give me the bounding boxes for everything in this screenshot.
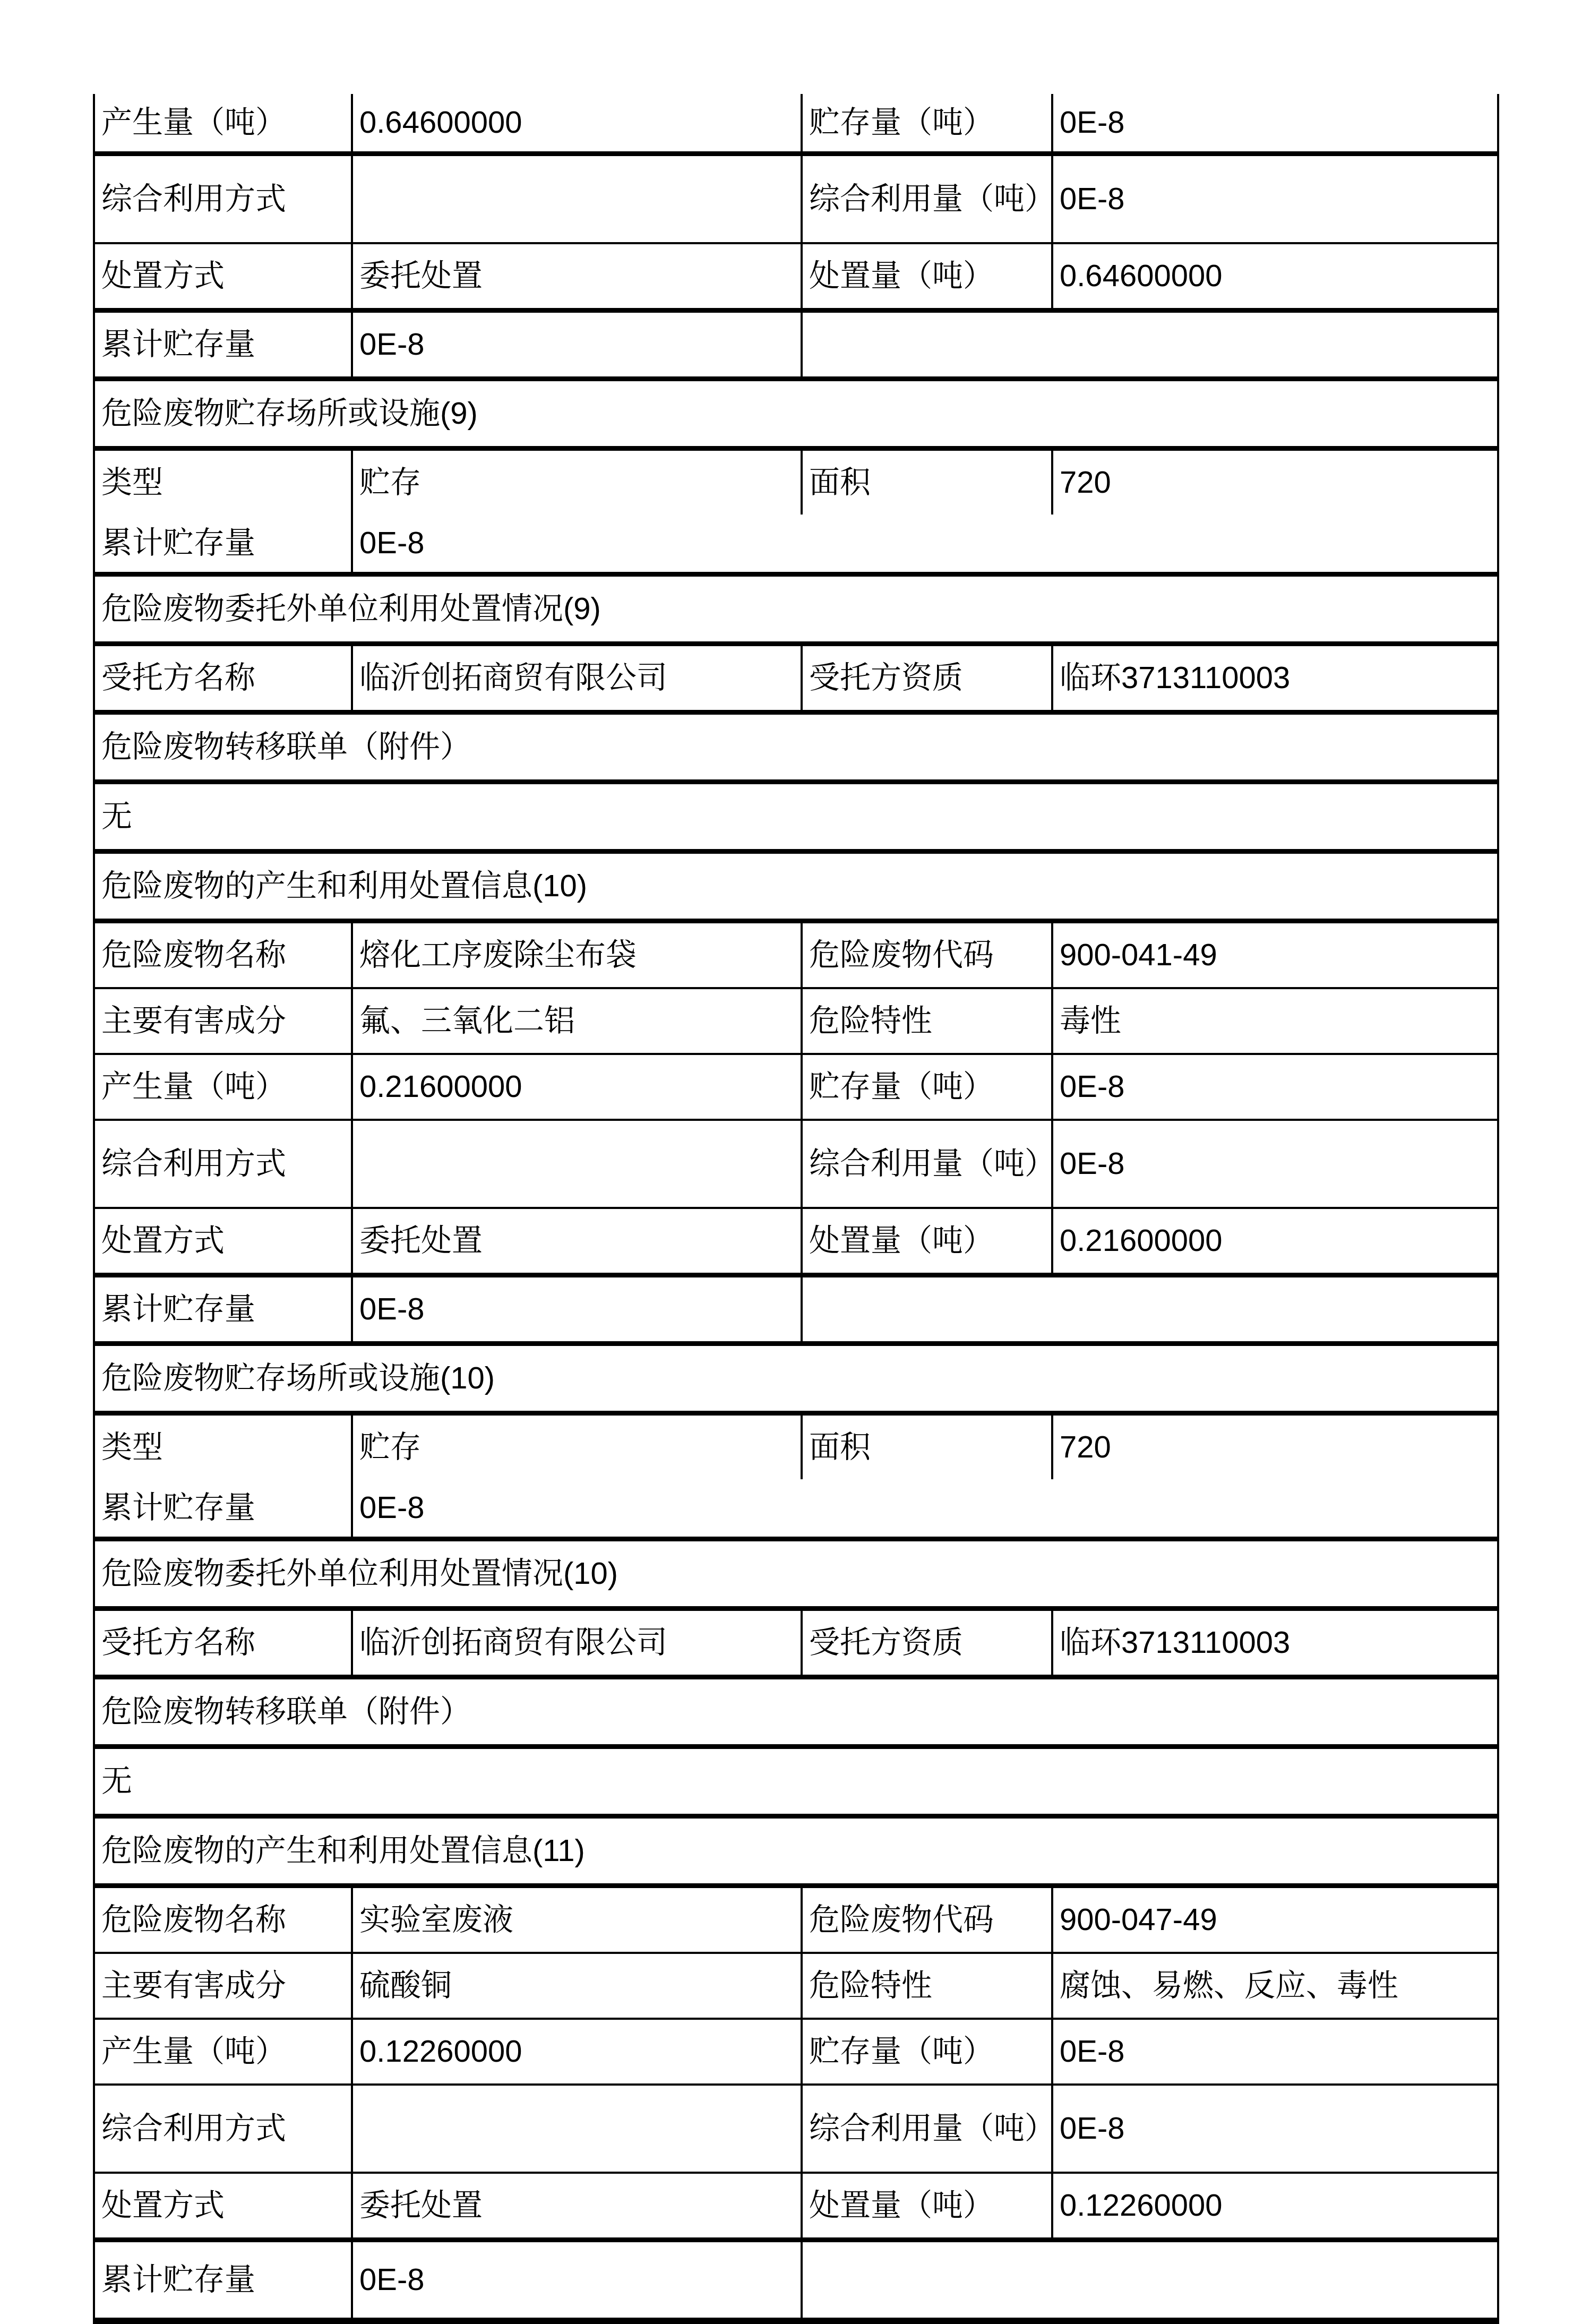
table-row-section: 危险废物委托外单位利用处置情况(9) (94, 574, 1498, 644)
table-row-section: 危险废物转移联单（附件） (94, 1677, 1498, 1747)
field-value: 毒性 (1052, 988, 1498, 1054)
field-value: 贮存 (352, 1413, 802, 1480)
section-header: 危险废物的产生和利用处置信息(10) (94, 852, 1498, 921)
field-value: 0E-8 (1052, 94, 1498, 154)
field-label: 受托方名称 (94, 644, 352, 713)
field-value: 0E-8 (352, 311, 802, 379)
section-header: 危险废物贮存场所或设施(9) (94, 379, 1498, 449)
field-label: 综合利用量（吨） (802, 2085, 1052, 2173)
field-label: 贮存量（吨） (802, 1054, 1052, 1120)
hazardous-waste-table-body: 产生量（吨）0.64600000贮存量（吨）0E-8综合利用方式综合利用量（吨）… (94, 94, 1498, 2321)
field-value: 0.12260000 (352, 2019, 802, 2085)
table-row-pair-bottom: 累计贮存量0E-8 (94, 514, 1498, 574)
note-text: 无 (94, 1747, 1498, 1816)
table-row-cumulative: 累计贮存量0E-8 (94, 1275, 1498, 1344)
field-label: 产生量（吨） (94, 1054, 352, 1120)
table-row-section: 危险废物转移联单（附件） (94, 713, 1498, 782)
field-value: 0E-8 (1052, 2019, 1498, 2085)
field-label: 主要有害成分 (94, 988, 352, 1054)
table-row-fields-thick: 危险废物名称熔化工序废除尘布袋危险废物代码900-041-49 (94, 921, 1498, 989)
field-label: 危险特性 (802, 988, 1052, 1054)
table-row-cumulative-last: 累计贮存量0E-8 (94, 2240, 1498, 2321)
table-row-fields-tall: 综合利用方式综合利用量（吨）0E-8 (94, 2085, 1498, 2173)
field-value: 900-041-49 (1052, 921, 1498, 989)
section-header: 危险废物转移联单（附件） (94, 713, 1498, 782)
table-row-fields: 主要有害成分硫酸铜危险特性腐蚀、易燃、反应、毒性 (94, 1953, 1498, 2019)
table-row-fields-tall: 综合利用方式综合利用量（吨）0E-8 (94, 1120, 1498, 1208)
table-row-fields: 产生量（吨）0.21600000贮存量（吨）0E-8 (94, 1054, 1498, 1120)
field-value: 临环3713110003 (1052, 1609, 1498, 1677)
field-value: 0E-8 (352, 514, 1498, 574)
field-value: 0.21600000 (1052, 1208, 1498, 1275)
section-header: 危险废物委托外单位利用处置情况(9) (94, 574, 1498, 644)
table-row-cumulative: 累计贮存量0E-8 (94, 311, 1498, 379)
field-label: 处置方式 (94, 1208, 352, 1275)
field-label: 累计贮存量 (94, 311, 352, 379)
field-label: 受托方资质 (802, 644, 1052, 713)
table-row-fields-thick: 受托方名称临沂创拓商贸有限公司受托方资质临环3713110003 (94, 644, 1498, 713)
field-value: 0E-8 (352, 1479, 1498, 1539)
field-label: 产生量（吨） (94, 2019, 352, 2085)
section-header: 危险废物贮存场所或设施(10) (94, 1344, 1498, 1413)
field-label: 危险废物名称 (94, 1886, 352, 1953)
field-value: 720 (1052, 449, 1498, 515)
field-label: 受托方名称 (94, 1609, 352, 1677)
field-label: 类型 (94, 449, 352, 515)
field-value: 0E-8 (352, 2240, 802, 2321)
table-row-fields: 处置方式委托处置处置量（吨）0.21600000 (94, 1208, 1498, 1275)
field-value: 0.64600000 (352, 94, 802, 154)
section-header: 危险废物委托外单位利用处置情况(10) (94, 1539, 1498, 1609)
field-label: 产生量（吨） (94, 94, 352, 154)
field-label: 贮存量（吨） (802, 2019, 1052, 2085)
field-label: 主要有害成分 (94, 1953, 352, 2019)
field-value: 氟、三氧化二铝 (352, 988, 802, 1054)
field-value: 临环3713110003 (1052, 644, 1498, 713)
table-row-section: 危险废物的产生和利用处置信息(11) (94, 1816, 1498, 1886)
field-label: 综合利用方式 (94, 1120, 352, 1208)
field-value: 委托处置 (352, 1208, 802, 1275)
field-label: 综合利用方式 (94, 2085, 352, 2173)
table-row-fields-first: 产生量（吨）0.64600000贮存量（吨）0E-8 (94, 94, 1498, 154)
field-label: 面积 (802, 449, 1052, 515)
table-row-fields: 处置方式委托处置处置量（吨）0.12260000 (94, 2173, 1498, 2240)
field-label: 综合利用方式 (94, 154, 352, 244)
field-value: 委托处置 (352, 243, 802, 311)
field-value: 720 (1052, 1413, 1498, 1480)
field-label: 危险废物代码 (802, 921, 1052, 989)
table-row-pair-bottom: 累计贮存量0E-8 (94, 1479, 1498, 1539)
field-value: 0E-8 (352, 1275, 802, 1344)
table-row-note: 无 (94, 782, 1498, 852)
field-label: 累计贮存量 (94, 514, 352, 574)
field-label: 累计贮存量 (94, 1275, 352, 1344)
field-label: 累计贮存量 (94, 2240, 352, 2321)
field-value: 委托处置 (352, 2173, 802, 2240)
field-label: 类型 (94, 1413, 352, 1480)
empty-cell (352, 2085, 802, 2173)
field-label: 综合利用量（吨） (802, 154, 1052, 244)
empty-cell (352, 1120, 802, 1208)
field-label: 处置量（吨） (802, 243, 1052, 311)
table-row-pair-top: 类型贮存面积720 (94, 449, 1498, 515)
table-row-fields-thick: 受托方名称临沂创拓商贸有限公司受托方资质临环3713110003 (94, 1609, 1498, 1677)
empty-cell (802, 311, 1498, 379)
field-label: 累计贮存量 (94, 1479, 352, 1539)
field-value: 贮存 (352, 449, 802, 515)
table-row-fields-thick: 危险废物名称实验室废液危险废物代码900-047-49 (94, 1886, 1498, 1953)
field-value: 临沂创拓商贸有限公司 (352, 1609, 802, 1677)
field-value: 900-047-49 (1052, 1886, 1498, 1953)
table-row-pair-top: 类型贮存面积720 (94, 1413, 1498, 1480)
field-label: 处置量（吨） (802, 2173, 1052, 2240)
field-label: 危险废物名称 (94, 921, 352, 989)
section-header: 危险废物的产生和利用处置信息(11) (94, 1816, 1498, 1886)
table-row-fields: 产生量（吨）0.12260000贮存量（吨）0E-8 (94, 2019, 1498, 2085)
table-row-section: 危险废物贮存场所或设施(10) (94, 1344, 1498, 1413)
field-value: 腐蚀、易燃、反应、毒性 (1052, 1953, 1498, 2019)
table-row-section: 危险废物贮存场所或设施(9) (94, 379, 1498, 449)
field-value: 0.12260000 (1052, 2173, 1498, 2240)
table-row-section: 危险废物的产生和利用处置信息(10) (94, 852, 1498, 921)
hazardous-waste-table: 产生量（吨）0.64600000贮存量（吨）0E-8综合利用方式综合利用量（吨）… (93, 94, 1499, 2324)
empty-cell (352, 154, 802, 244)
field-label: 综合利用量（吨） (802, 1120, 1052, 1208)
field-value: 熔化工序废除尘布袋 (352, 921, 802, 989)
note-text: 无 (94, 782, 1498, 852)
empty-cell (802, 2240, 1498, 2321)
document-page: 产生量（吨）0.64600000贮存量（吨）0E-8综合利用方式综合利用量（吨）… (0, 0, 1582, 2235)
field-value: 0.21600000 (352, 1054, 802, 1120)
section-header: 危险废物转移联单（附件） (94, 1677, 1498, 1747)
field-label: 危险废物代码 (802, 1886, 1052, 1953)
field-label: 贮存量（吨） (802, 94, 1052, 154)
table-row-note: 无 (94, 1747, 1498, 1816)
field-value: 0E-8 (1052, 1120, 1498, 1208)
empty-cell (802, 1275, 1498, 1344)
field-label: 处置方式 (94, 243, 352, 311)
field-value: 0E-8 (1052, 1054, 1498, 1120)
field-label: 危险特性 (802, 1953, 1052, 2019)
field-label: 处置方式 (94, 2173, 352, 2240)
field-label: 处置量（吨） (802, 1208, 1052, 1275)
table-row-fields: 处置方式委托处置处置量（吨）0.64600000 (94, 243, 1498, 311)
field-value: 临沂创拓商贸有限公司 (352, 644, 802, 713)
field-label: 受托方资质 (802, 1609, 1052, 1677)
table-row-fields-tall: 综合利用方式综合利用量（吨）0E-8 (94, 154, 1498, 244)
field-value: 实验室废液 (352, 1886, 802, 1953)
field-value: 0.64600000 (1052, 243, 1498, 311)
field-value: 0E-8 (1052, 154, 1498, 244)
table-row-section: 危险废物委托外单位利用处置情况(10) (94, 1539, 1498, 1609)
field-label: 面积 (802, 1413, 1052, 1480)
field-value: 0E-8 (1052, 2085, 1498, 2173)
table-row-fields: 主要有害成分氟、三氧化二铝危险特性毒性 (94, 988, 1498, 1054)
field-value: 硫酸铜 (352, 1953, 802, 2019)
